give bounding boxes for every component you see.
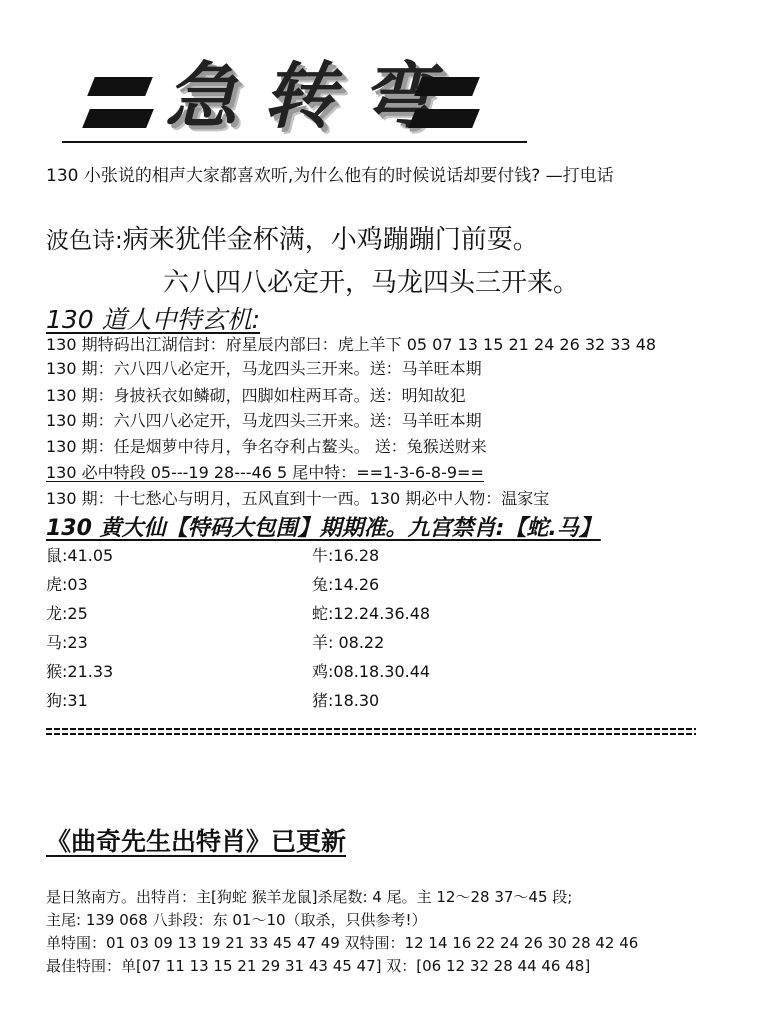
zodiac-row: 马:23 羊: 08.22	[46, 630, 606, 659]
cookie-line: 是日煞南方。出特肖：主[狗蛇 猴羊龙鼠]杀尾数: 4 尾。主 12～28 37～…	[46, 886, 572, 907]
poem-line-1: 波色诗:病来犹伴金杯满，小鸡蹦蹦门前耍。	[46, 219, 539, 256]
taoist-line: 130 期：身披袄衣如鳞砌，四脚如柱两耳奇。送：明知故犯	[46, 383, 466, 406]
taoist-section-title: 130 道人中特玄机:	[46, 300, 260, 336]
cookie-line: 单特围：01 03 09 13 19 21 33 45 47 49 双特围：12…	[46, 932, 638, 953]
poem-line-1-text: 病来犹伴金杯满，小鸡蹦蹦门前耍。	[123, 225, 539, 255]
banner-bar-right-top	[414, 77, 480, 96]
zodiac-cell: 鼠:41.05	[46, 543, 312, 572]
zodiac-cell: 羊: 08.22	[312, 630, 578, 659]
zodiac-cell: 马:23	[46, 630, 312, 659]
taoist-line: 130 期：任是烟萝中待月，争名夺利占鳌头。 送：兔猴送财来	[46, 434, 487, 457]
banner-bar-left-top	[87, 77, 153, 96]
zodiac-row: 狗:31 猪:18.30	[46, 688, 606, 717]
taoist-line: 130 期：六八四八必定开，马龙四头三开来。送：马羊旺本期	[46, 356, 482, 379]
zodiac-cell: 蛇:12.24.36.48	[312, 601, 578, 630]
dashed-separator	[46, 728, 696, 736]
zodiac-cell: 牛:16.28	[312, 543, 578, 572]
taoist-line-special-segment: 130 必中特段 05---19 28---46 5 尾中特：==1-3-6-8…	[46, 460, 484, 483]
cookie-line: 最佳特围：单[07 11 13 15 21 29 31 43 45 47] 双：…	[46, 955, 590, 976]
banner-bar-left-bottom	[82, 109, 154, 128]
poem-line-2: 六八四八必定开，马龙四头三开来。	[163, 262, 579, 299]
zodiac-row: 龙:25 蛇:12.24.36.48	[46, 601, 606, 630]
banner-bar-right-bottom	[408, 109, 480, 128]
zodiac-cell: 兔:14.26	[312, 572, 578, 601]
zodiac-row: 猴:21.33 鸡:08.18.30.44	[46, 659, 606, 688]
huangdaxian-title: 130 黄大仙【特码大包围】期期准。九宫禁肖:【蛇.马】	[46, 511, 601, 542]
taoist-line: 130 期：十七愁心与明月，五风直到十一西。130 期必中人物：温家宝	[46, 486, 549, 509]
zodiac-cell: 猴:21.33	[46, 659, 312, 688]
zodiac-row: 鼠:41.05 牛:16.28	[46, 543, 606, 572]
banner-divider	[62, 141, 527, 143]
zodiac-table: 鼠:41.05 牛:16.28 虎:03 兔:14.26 龙:25 蛇:12.2…	[46, 543, 606, 717]
zodiac-cell: 虎:03	[46, 572, 312, 601]
zodiac-cell: 龙:25	[46, 601, 312, 630]
zodiac-row: 虎:03 兔:14.26	[46, 572, 606, 601]
riddle-text: 130 小张说的相声大家都喜欢听,为什么他有的时候说话却要付钱? —打电话	[46, 161, 614, 186]
taoist-line: 130 期特码出江湖信封：府星辰内部曰：虎上羊下 05 07 13 15 21 …	[46, 332, 656, 355]
cookie-line: 主尾: 139 068 八卦段：东 01～10（取杀，只供参考!）	[46, 909, 427, 930]
zodiac-cell: 鸡:08.18.30.44	[312, 659, 578, 688]
zodiac-cell: 猪:18.30	[312, 688, 578, 717]
poem-label: 波色诗:	[46, 228, 123, 254]
cookie-section-title: 《曲奇先生出特肖》已更新	[46, 822, 346, 858]
zodiac-cell: 狗:31	[46, 688, 312, 717]
taoist-line: 130 期：六八四八必定开，马龙四头三开来。送：马羊旺本期	[46, 408, 482, 431]
